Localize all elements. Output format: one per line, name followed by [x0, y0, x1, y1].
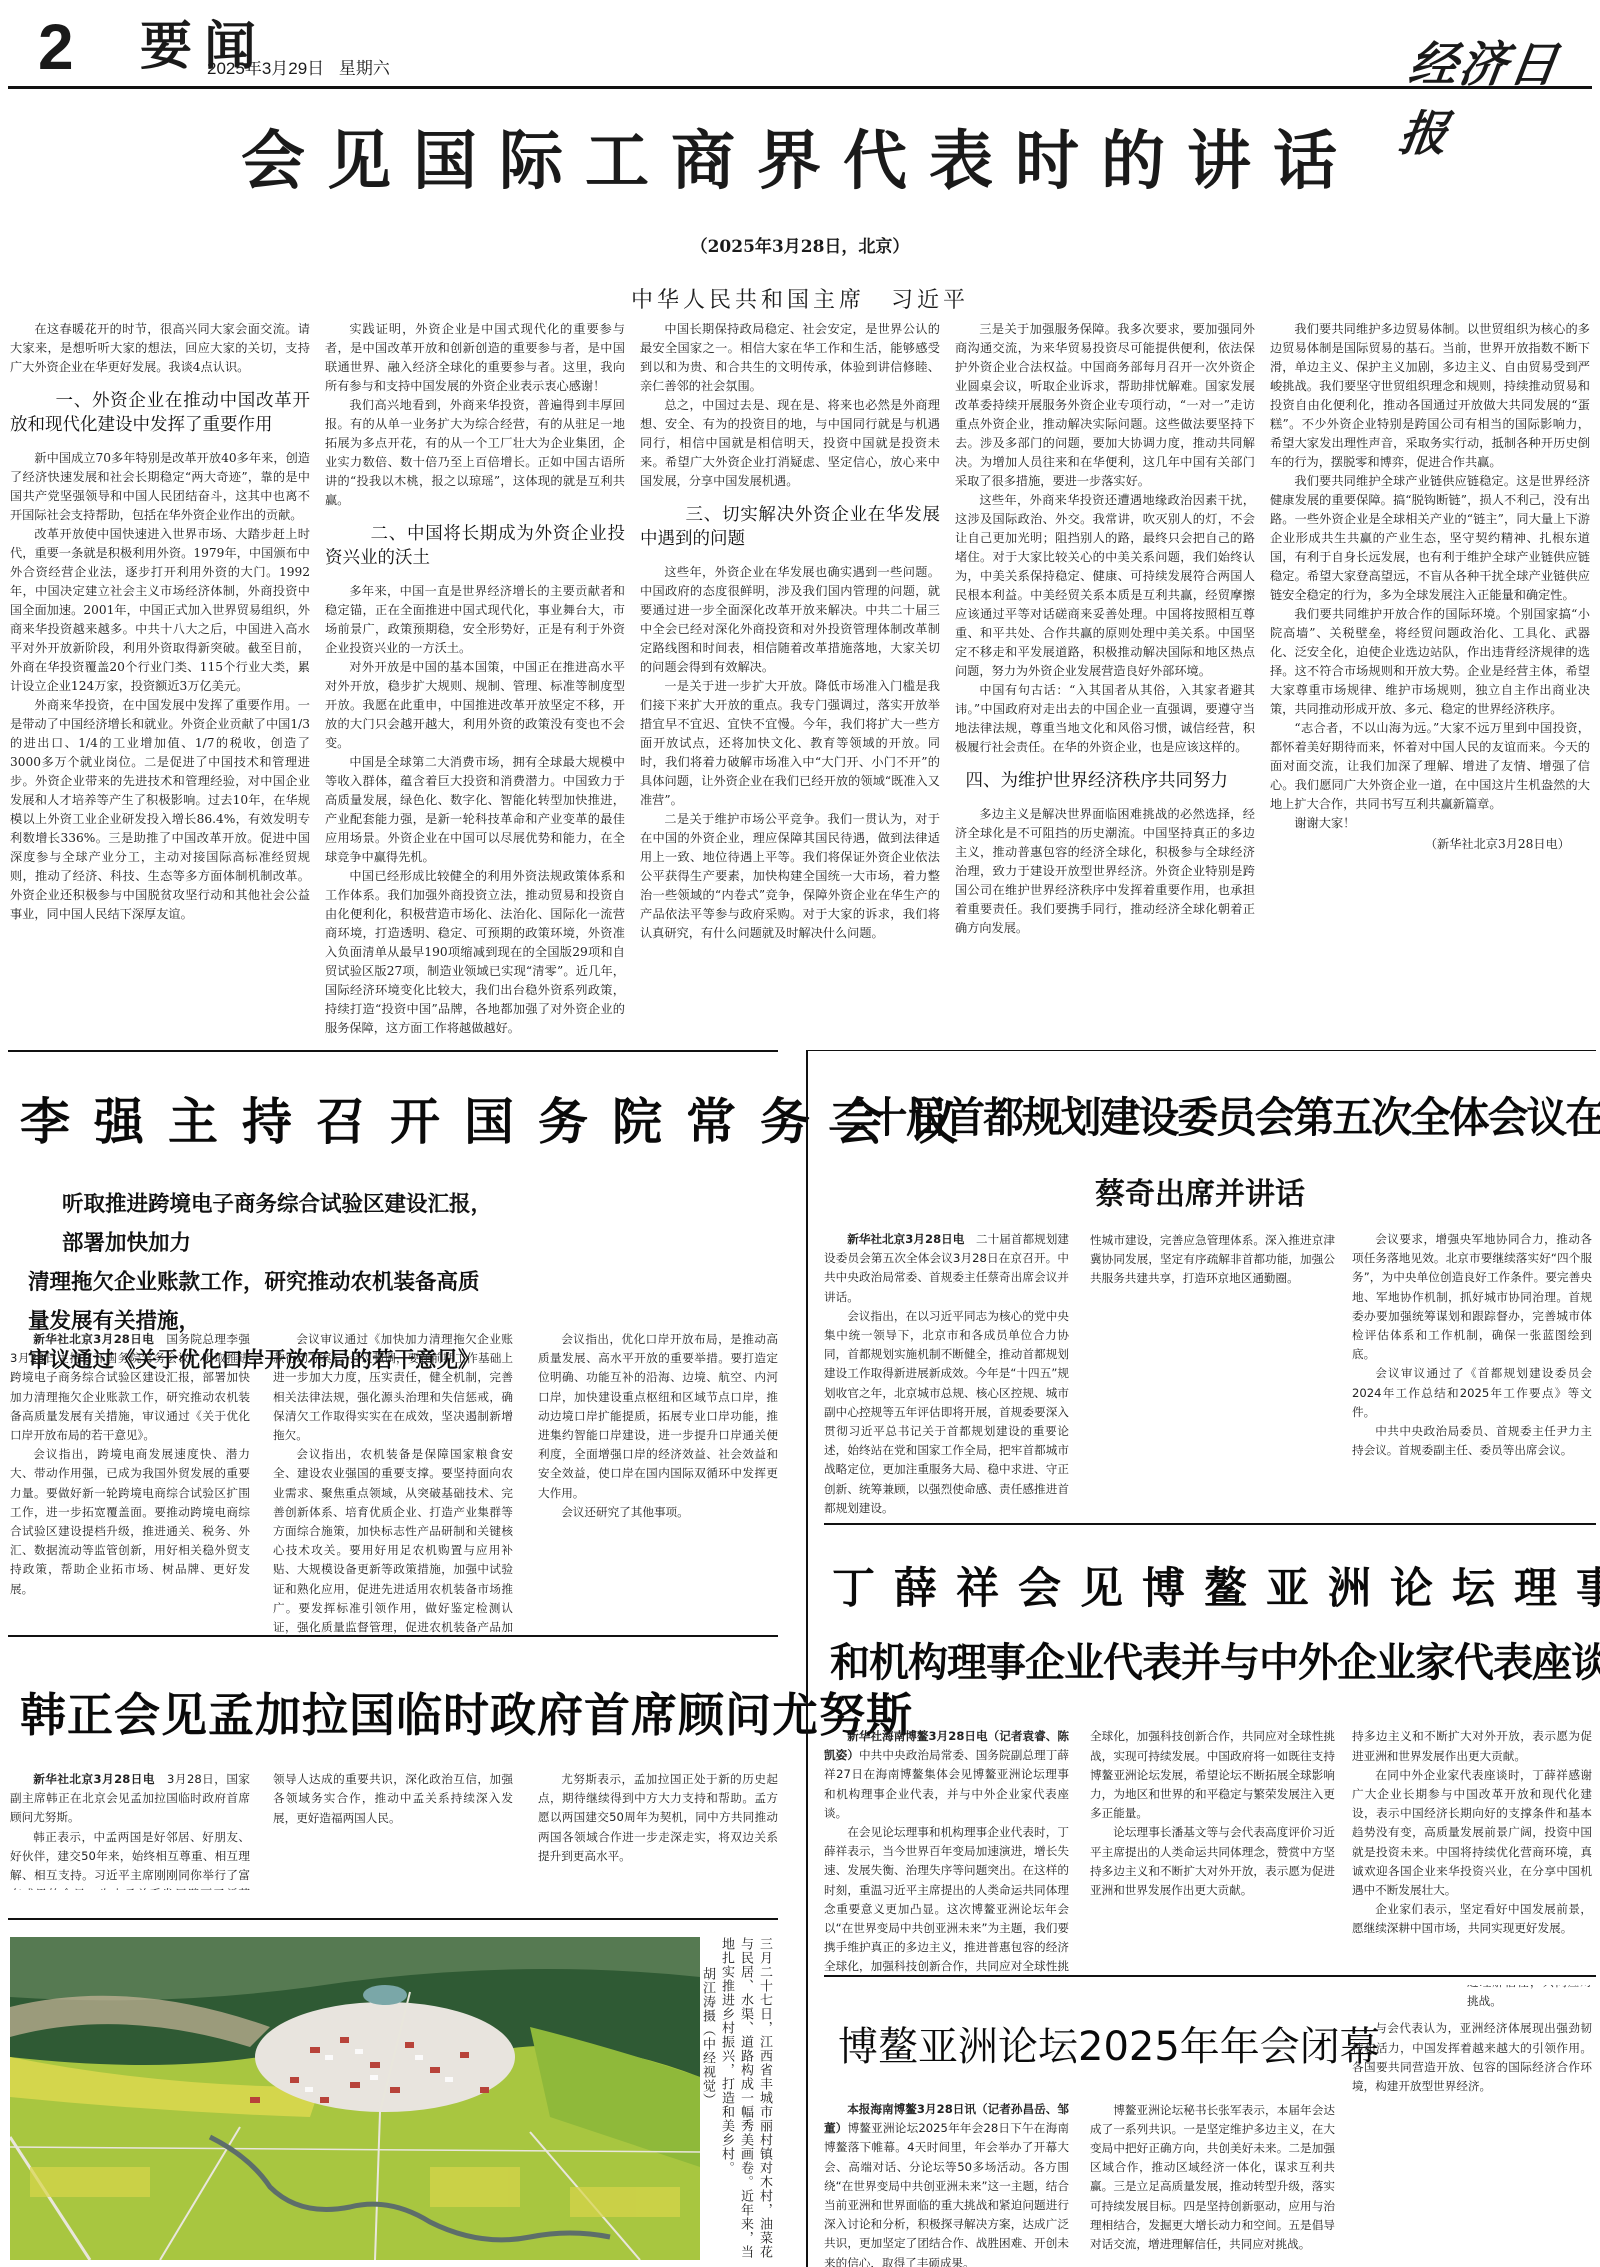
- paragraph: 中共中央政治局常委、国务院副总理丁薛祥27日在海南博鳌集体会见博鳌亚洲论坛理事和…: [824, 1748, 1069, 1820]
- han-zheng-col-1: 新华社北京3月28日电 3月28日，国家副主席韩正在北京会见孟加拉国临时政府首席…: [10, 1770, 250, 1890]
- han-zheng-top-rule: [8, 1635, 778, 1637]
- paragraph: 中国有句古话：“入其国者从其俗，入其家者避其讳。”中国政府对走出去的中国企业一直…: [955, 681, 1255, 757]
- paragraph: 中国长期保持政局稳定、社会安定，是世界公认的最安全国家之一。相信大家在华工作和生…: [640, 320, 940, 396]
- capital-planning-col-1: 新华社北京3月28日电 二十届首都规划建设委员会第五次全体会议3月28日在京召开…: [824, 1230, 1069, 1520]
- paragraph-continued: 博鳌亚洲论坛秘书长张军表示，本届年会达成了一系列共识。一是坚定维护多边主义，在大…: [1467, 1985, 1592, 2011]
- paragraph: 我们要共同维护开放合作的国际环境。个别国家搞“小院高墙”、关税壁垒，将经贸问题政…: [1270, 605, 1590, 719]
- paragraph: 一是关于进一步扩大开放。降低市场准入门槛是我们接下来扩大开放的重点。我专门强调过…: [640, 677, 940, 810]
- main-article-title: 会见国际工商界代表时的讲话: [0, 122, 1600, 202]
- paragraph: 会议审议通过《加快加力清理拖欠企业账款行动方案》。会议强调，要在前期工作基础上进…: [273, 1330, 513, 1445]
- date-text: 2025年3月29日: [207, 59, 324, 78]
- paragraph-continued: 论坛理事长潘基文等与会代表高度评价习近平主席提出的人类命运共同体理念，赞赏中方坚…: [1352, 1727, 1592, 1766]
- paragraph: 会议要求，增强央军地协同合力，推动各项任务落地见效。北京市要继续落实好“四个服务…: [1352, 1230, 1592, 1364]
- paragraph: 会议指出，农机装备是保障国家粮食安全、建设农业强国的重要支撑。要坚持面向农业需求…: [273, 1445, 513, 1635]
- weekday-text: 星期六: [339, 59, 390, 78]
- section-2-heading: 二、中国将长期成为外资企业投资兴业的沃土: [325, 522, 625, 570]
- boao-dateline: 本报海南博鳌3月28日讯: [847, 2102, 976, 2116]
- paragraph: 对外开放是中国的基本国策，中国正在推进高水平对外开放，稳步扩大规则、规制、管理、…: [325, 658, 625, 753]
- paragraph: 在会见论坛理事和机构理事企业代表时，丁薛祥表示，当今世界百年变局加速演进，增长失…: [824, 1823, 1069, 1977]
- boao-col-1: 本报海南博鳌3月28日讯（记者孙昌岳、邹董）博鳌亚洲论坛2025年年会28日下午…: [824, 2100, 1069, 2267]
- li-qiang-col-2: 会议审议通过《加快加力清理拖欠企业账款行动方案》。会议强调，要在前期工作基础上进…: [273, 1330, 513, 1635]
- paragraph: 中国已经形成比较健全的利用外资法规政策体系和工作体系。我们加强外商投资立法，推动…: [325, 867, 625, 1038]
- paragraph: “志合者，不以山海为远。”大家不远万里到中国投资，都怀着美好期待而来，怀着对中国…: [1270, 719, 1590, 814]
- paragraph: 这些年，外资企业在华发展也确实遇到一些问题。中国政府的态度很鲜明，涉及我们国内管…: [640, 563, 940, 677]
- capital-planning-title: 二十届首都规划建设委员会第五次全体会议在京召开: [828, 1090, 1600, 1146]
- boao-title: 博鳌亚洲论坛2025年年会闭幕: [838, 2020, 1380, 2074]
- paragraph: 我们高兴地看到，外商来华投资，普遍得到丰厚回报。有的从单一业务扩大为综合经营，有…: [325, 396, 625, 510]
- paragraph: 三是关于加强服务保障。我多次要求，要加强同外商沟通交流，为来华贸易投资尽可能提供…: [955, 320, 1255, 491]
- paragraph: 与会代表认为，亚洲经济体展现出强劲韧性和活力，中国发挥着越来越大的引领作用。各国…: [1352, 2019, 1592, 2096]
- photo-caption-text: 三月二十七日，江西省丰城市丽村镇对木村，油菜花与民居、水渠、道路构成一幅秀美画卷…: [719, 1937, 772, 2259]
- subtitle-line-1: 听取推进跨境电子商务综合试验区建设汇报，部署加快加力: [28, 1185, 498, 1263]
- paragraph: 企业家们表示，坚定看好中国发展前景，愿继续深耕中国市场，共同实现更好发展。: [1352, 1900, 1592, 1938]
- paragraph: 会议强调，要进一步提升中央政务功能，优化空间布局、交通组织、环境品质、城市配套，…: [1090, 1230, 1335, 1288]
- paragraph: 会议指出，优化口岸开放布局，是推动高质量发展、高水平开放的重要举措。要打造定位明…: [538, 1330, 778, 1503]
- paragraph: 中国是全球第二大消费市场，拥有全球最大规模中等收入群体，蕴含着巨大投资和消费潜力…: [325, 753, 625, 867]
- section-4-heading: 四、为维护世界经济秩序共同努力: [955, 769, 1255, 793]
- photo-caption: 三月二十七日，江西省丰城市丽村镇对木村，油菜花与民居、水渠、道路构成一幅秀美画卷…: [712, 1937, 774, 2260]
- main-article-col-2: 实践证明，外资企业是中国式现代化的重要参与者，是中国改革开放和创新创造的重要参与…: [325, 320, 625, 1040]
- paragraph: 外商来华投资，在中国发展中发挥了重要作用。一是带动了中国经济增长和就业。外资企业…: [10, 696, 310, 924]
- capital-planning-col-2: 会议指出，在以习近平同志为核心的党中央集中统一领导下，北京市和各成员单位合力协同…: [1090, 1230, 1335, 1520]
- photo-credit: 胡江涛摄（中经视觉）: [698, 1967, 717, 2107]
- main-article-col-5: 我们要共同维护多边贸易体制。以世贸组织为核心的多边贸易体制是国际贸易的基石。当前…: [1270, 320, 1590, 1040]
- paragraph-text: 论坛理事长潘基文等与会代表高度评价习近平主席提出的人类命运共同体理念，赞赏中方坚…: [1352, 1727, 1592, 1763]
- section-3-heading: 三、切实解决外资企业在华发展中遇到的问题: [640, 503, 940, 551]
- li-qiang-top-rule: [8, 1050, 778, 1052]
- capital-planning-col-3: 会议要求，增强央军地协同合力，推动各项任务落地见效。北京市要继续落实好“四个服务…: [1352, 1230, 1592, 1520]
- boao-col-2: 博鳌亚洲论坛2025年年会28日下午在海南博鳌落下帷幕。4天时间里，年会举办了开…: [1090, 2100, 1335, 2267]
- paragraph: 这些年，外商来华投资还遭遇地缘政治因素干扰，这涉及国际政治、外交。我常讲，吹灭别…: [955, 491, 1255, 681]
- paragraph: 会议还研究了其他事项。: [538, 1503, 778, 1522]
- paragraph: 博鳌亚洲论坛秘书长张军表示，本届年会达成了一系列共识。一是坚定维护多边主义，在大…: [1090, 2101, 1335, 2255]
- main-article-dateline: （2025年3月28日，北京）: [0, 232, 1600, 257]
- capital-planning-subtitle: 蔡奇出席并讲话: [800, 1175, 1600, 1214]
- paragraph: 多边主义是解决世界面临困难挑战的必然选择，经济全球化是不可阻挡的历史潮流。中国坚…: [955, 805, 1255, 938]
- paragraph: 多年来，中国一直是世界经济增长的主要贡献者和稳定锚，正在全面推进中国式现代化，事…: [325, 582, 625, 658]
- masthead-rule: [8, 86, 1592, 89]
- paragraph: 谢谢大家！: [1270, 814, 1590, 833]
- paragraph-text: 博鳌亚洲论坛秘书长张军表示，本届年会达成了一系列共识。一是坚定维护多边主义，在大…: [1467, 1985, 1592, 2008]
- main-article-col-1: 在这春暖花开的时节，很高兴同大家会面交流。请大家来，是想听听大家的想法，回应大家…: [10, 320, 310, 1040]
- main-article-col-3: 中国长期保持政局稳定、社会安定，是世界公认的最安全国家之一。相信大家在华工作和生…: [640, 320, 940, 1040]
- ding-title-line-2: 和机构理事企业代表并与中外企业家代表座谈: [830, 1635, 1600, 1691]
- paragraph: 总之，中国过去是、现在是、将来也必然是外商理想、安全、有为的投资目的地，与中国同…: [640, 396, 940, 491]
- paragraph: 我们要共同维护全球产业链供应链稳定。这是世界经济健康发展的重要保障。搞“脱钩断链…: [1270, 472, 1590, 605]
- paragraph: 会议审议通过了《首都规划建设委员会2024年工作总结和2025年工作要点》等文件…: [1352, 1364, 1592, 1422]
- page-number: 2: [38, 12, 73, 82]
- paragraph-continued: 在会见论坛理事和机构理事企业代表时，丁薛祥表示，当今世界百年变局加速演进，增长失…: [1090, 1727, 1335, 1823]
- paragraph: 中共中央政治局委员、首规委主任尹力主持会议。首规委副主任、委员等出席会议。: [1352, 1422, 1592, 1460]
- ding-col-1: 新华社海南博鳌3月28日电（记者袁睿、陈凯姿）中共中央政治局常委、国务院副总理丁…: [824, 1727, 1069, 1977]
- photo-top-rule: [8, 1918, 778, 1920]
- paragraph: 博鳌亚洲论坛2025年年会28日下午在海南博鳌落下帷幕。4天时间里，年会举办了开…: [824, 2121, 1069, 2267]
- issue-date: 2025年3月29日 星期六: [207, 54, 390, 79]
- han-zheng-col-3: 尤努斯表示，孟加拉国正处于新的历史起点，期待继续得到中方大力支持和帮助。孟方愿以…: [538, 1770, 778, 1890]
- boao-top-rule: [824, 1975, 1596, 1977]
- paragraph-text: 韩正表示，中孟两国是好邻居、好朋友、好伙伴，建交50年来，始终相互尊重、相互理解…: [273, 1770, 513, 1825]
- li-qiang-col-3: 会议指出，优化口岸开放布局，是推动高质量发展、高水平开放的重要举措。要打造定位明…: [538, 1330, 778, 1635]
- li-qiang-dateline: 新华社北京3月28日电: [33, 1332, 154, 1346]
- paragraph: 我们要共同维护多边贸易体制。以世贸组织为核心的多边贸易体制是国际贸易的基石。当前…: [1270, 320, 1590, 472]
- paragraph: 韩正表示，中孟两国是好邻居、好朋友、好伙伴，建交50年来，始终相互尊重、相互理解…: [10, 1828, 250, 1890]
- paragraph: 国务院总理李强3月28日主持召开国务院常务会议，听取推进跨境电子商务综合试验区建…: [10, 1332, 250, 1442]
- paragraph: 实践证明，外资企业是中国式现代化的重要参与者，是中国改革开放和创新创造的重要参与…: [325, 320, 625, 396]
- ding-col-2: 在会见论坛理事和机构理事企业代表时，丁薛祥表示，当今世界百年变局加速演进，增长失…: [1090, 1727, 1335, 1977]
- boao-col-3-narrow: 博鳌亚洲论坛秘书长张军表示，本届年会达成了一系列共识。一是坚定维护多边主义，在大…: [1352, 1985, 1592, 2011]
- ding-dateline: 新华社海南博鳌3月28日电: [847, 1729, 987, 1743]
- paragraph: 二是关于维护市场公平竞争。我们一贯认为，对于在中国的外资企业，理应保障其国民待遇…: [640, 810, 940, 943]
- intro-paragraph: 在这春暖花开的时节，很高兴同大家会面交流。请大家来，是想听听大家的想法，回应大家…: [10, 320, 310, 377]
- main-article-signoff: （新华社北京3月28日电）: [1270, 835, 1590, 854]
- paragraph: 在同中外企业家代表座谈时，丁薛祥感谢广大企业长期参与中国改革开放和现代化建设，表…: [1352, 1766, 1592, 1900]
- paragraph: 改革开放使中国快速进入世界市场、大踏步赶上时代，重要一条就是积极利用外资。197…: [10, 525, 310, 696]
- right-column-divider: [806, 1050, 808, 2267]
- capital-planning-dateline: 新华社北京3月28日电: [847, 1232, 964, 1246]
- paragraph-continued: 韩正表示，中孟两国是好邻居、好朋友、好伙伴，建交50年来，始终相互尊重、相互理解…: [273, 1770, 513, 1828]
- han-zheng-dateline: 新华社北京3月28日电: [33, 1772, 155, 1786]
- paragraph: 尤努斯表示，孟加拉国正处于新的历史起点，期待继续得到中方大力支持和帮助。孟方愿以…: [538, 1770, 778, 1866]
- paragraph: 会议指出，在以习近平同志为核心的党中央集中统一领导下，北京市和各成员单位合力协同…: [824, 1307, 1069, 1518]
- li-qiang-col-1: 新华社北京3月28日电 国务院总理李强3月28日主持召开国务院常务会议，听取推进…: [10, 1330, 250, 1635]
- section-1-heading: 一、外资企业在推动中国改革开放和现代化建设中发挥了重要作用: [10, 389, 310, 437]
- aerial-village-photo: [10, 1937, 700, 2260]
- paragraph: 新中国成立70多年特别是改革开放40多年来，创造了经济快速发展和社会长期稳定“两…: [10, 449, 310, 525]
- ding-top-rule: [824, 1523, 1596, 1525]
- boao-col-3: 博鳌亚洲论坛秘书长张军表示，本届年会达成了一系列共识。一是坚定维护多边主义，在大…: [1352, 1985, 1592, 2267]
- paragraph-text: 在会见论坛理事和机构理事企业代表时，丁薛祥表示，当今世界百年变局加速演进，增长失…: [1090, 1727, 1335, 1820]
- han-zheng-col-2: 韩正表示，中孟两国是好邻居、好朋友、好伙伴，建交50年来，始终相互尊重、相互理解…: [273, 1770, 513, 1890]
- ding-title-line-1: 丁薛祥会见博鳌亚洲论坛理事: [832, 1560, 1600, 1618]
- main-article-byline: 中华人民共和国主席 习近平: [0, 283, 1600, 314]
- photo-illustration: [10, 1937, 700, 2260]
- paragraph: 会议指出，跨境电商发展速度快、潜力大、带动作用强，已成为我国外贸发展的重要力量。…: [10, 1445, 250, 1599]
- han-zheng-title: 韩正会见孟加拉国临时政府首席顾问尤努斯: [20, 1685, 913, 1745]
- main-article-col-4: 三是关于加强服务保障。我多次要求，要加强同外商沟通交流，为来华贸易投资尽可能提供…: [955, 320, 1255, 1040]
- ding-col-3: 论坛理事长潘基文等与会代表高度评价习近平主席提出的人类命运共同体理念，赞赏中方坚…: [1352, 1727, 1592, 1977]
- paragraph: 论坛理事长潘基文等与会代表高度评价习近平主席提出的人类命运共同体理念，赞赏中方坚…: [1090, 1823, 1335, 1900]
